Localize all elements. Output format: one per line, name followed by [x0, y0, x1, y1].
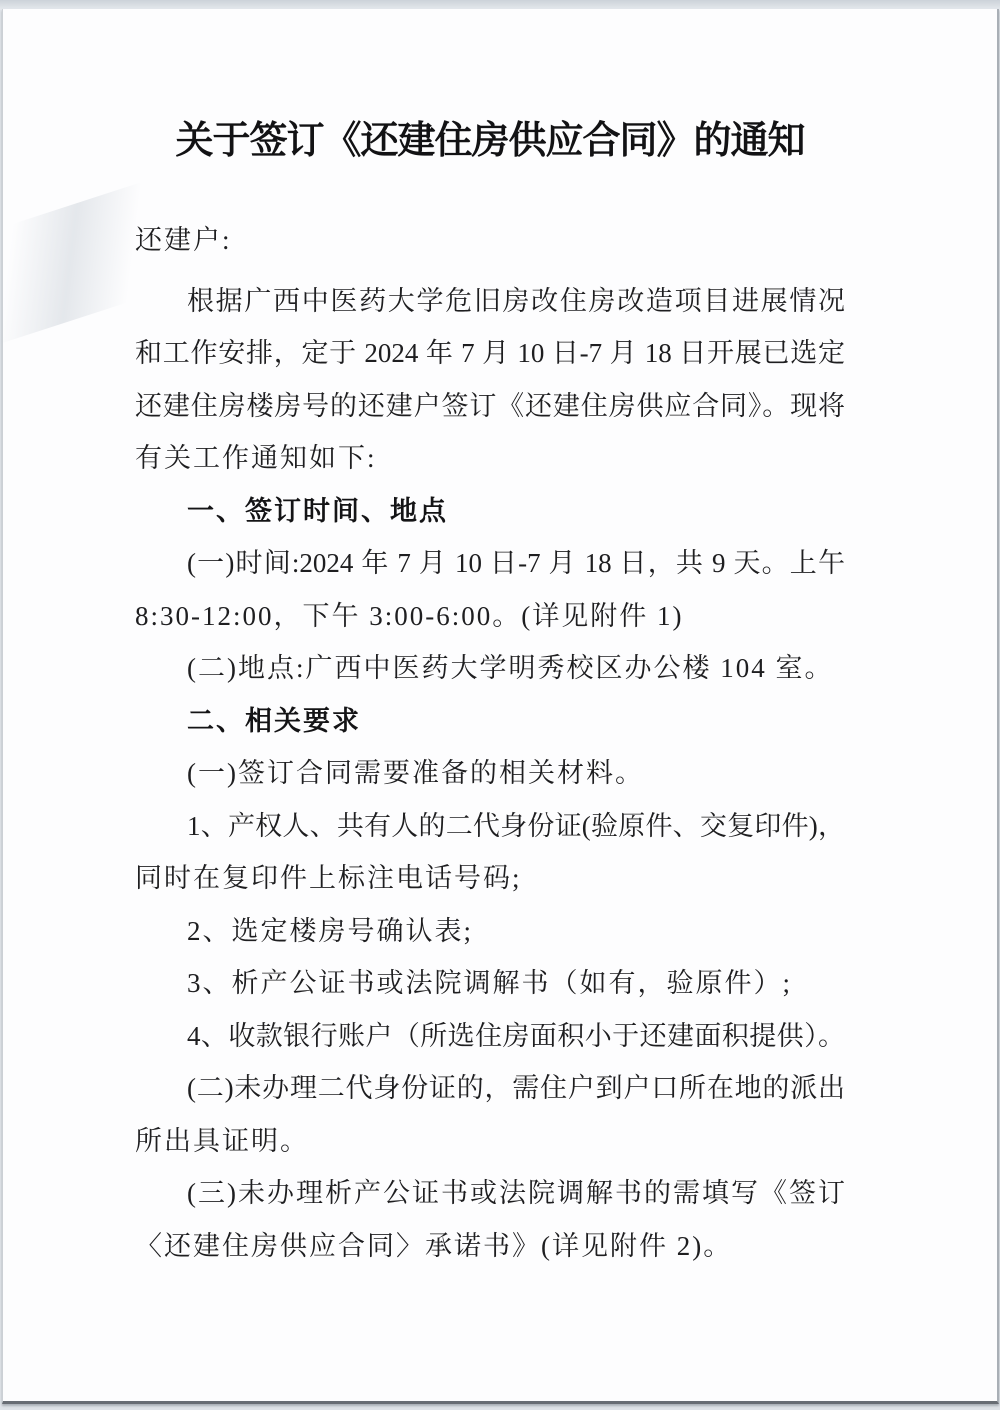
body-line: (二)未办理二代身份证的，需住户到户口所在地的派出 — [135, 1062, 845, 1115]
body-line: 1、产权人、共有人的二代身份证(验原件、交复印件)， — [135, 800, 845, 853]
body-line: 4、收款银行账户（所选住房面积小于还建面积提供）。 — [135, 1010, 845, 1063]
body-line: 〈还建住房供应合同〉承诺书》(详见附件 2)。 — [135, 1220, 845, 1273]
body-line: (一)签订合同需要准备的相关材料。 — [135, 747, 845, 800]
body-line: 根据广西中医药大学危旧房改住房改造项目进展情况 — [135, 275, 845, 328]
body-line: 3、析产公证书或法院调解书（如有，验原件）; — [135, 957, 845, 1010]
section-heading-1: 一、签订时间、地点 — [135, 485, 845, 538]
body-line: 同时在复印件上标注电话号码; — [135, 852, 845, 905]
body-line: (一)时间:2024 年 7 月 10 日-7 月 18 日，共 9 天。上午 — [135, 537, 845, 590]
body-line: 2、选定楼房号确认表; — [135, 905, 845, 958]
scanned-page: 关于签订《还建住房供应合同》的通知 还建户: 根据广西中医药大学危旧房改住房改造… — [2, 9, 999, 1404]
body-line: 和工作安排，定于 2024 年 7 月 10 日-7 月 18 日开展已选定 — [135, 327, 845, 380]
scanned-document-screenshot: { "document": { "title": "关于签订《还建住房供应合同》… — [0, 0, 1000, 1410]
salutation: 还建户: — [135, 214, 845, 267]
body-line: 有关工作通知如下: — [135, 432, 845, 485]
body-line: (三)未办理析产公证书或法院调解书的需填写《签订 — [135, 1167, 845, 1220]
document-title: 关于签订《还建住房供应合同》的通知 — [135, 109, 845, 164]
body-line: 8:30-12:00，下午 3:00-6:00。(详见附件 1) — [135, 590, 845, 643]
document-body: 还建户: 根据广西中医药大学危旧房改住房改造项目进展情况 和工作安排，定于 20… — [135, 214, 845, 1272]
body-line: (二)地点:广西中医药大学明秀校区办公楼 104 室。 — [135, 642, 845, 695]
section-heading-2: 二、相关要求 — [135, 695, 845, 748]
body-line: 所出具证明。 — [135, 1115, 845, 1168]
body-line: 还建住房楼房号的还建户签订《还建住房供应合同》。现将 — [135, 380, 845, 433]
